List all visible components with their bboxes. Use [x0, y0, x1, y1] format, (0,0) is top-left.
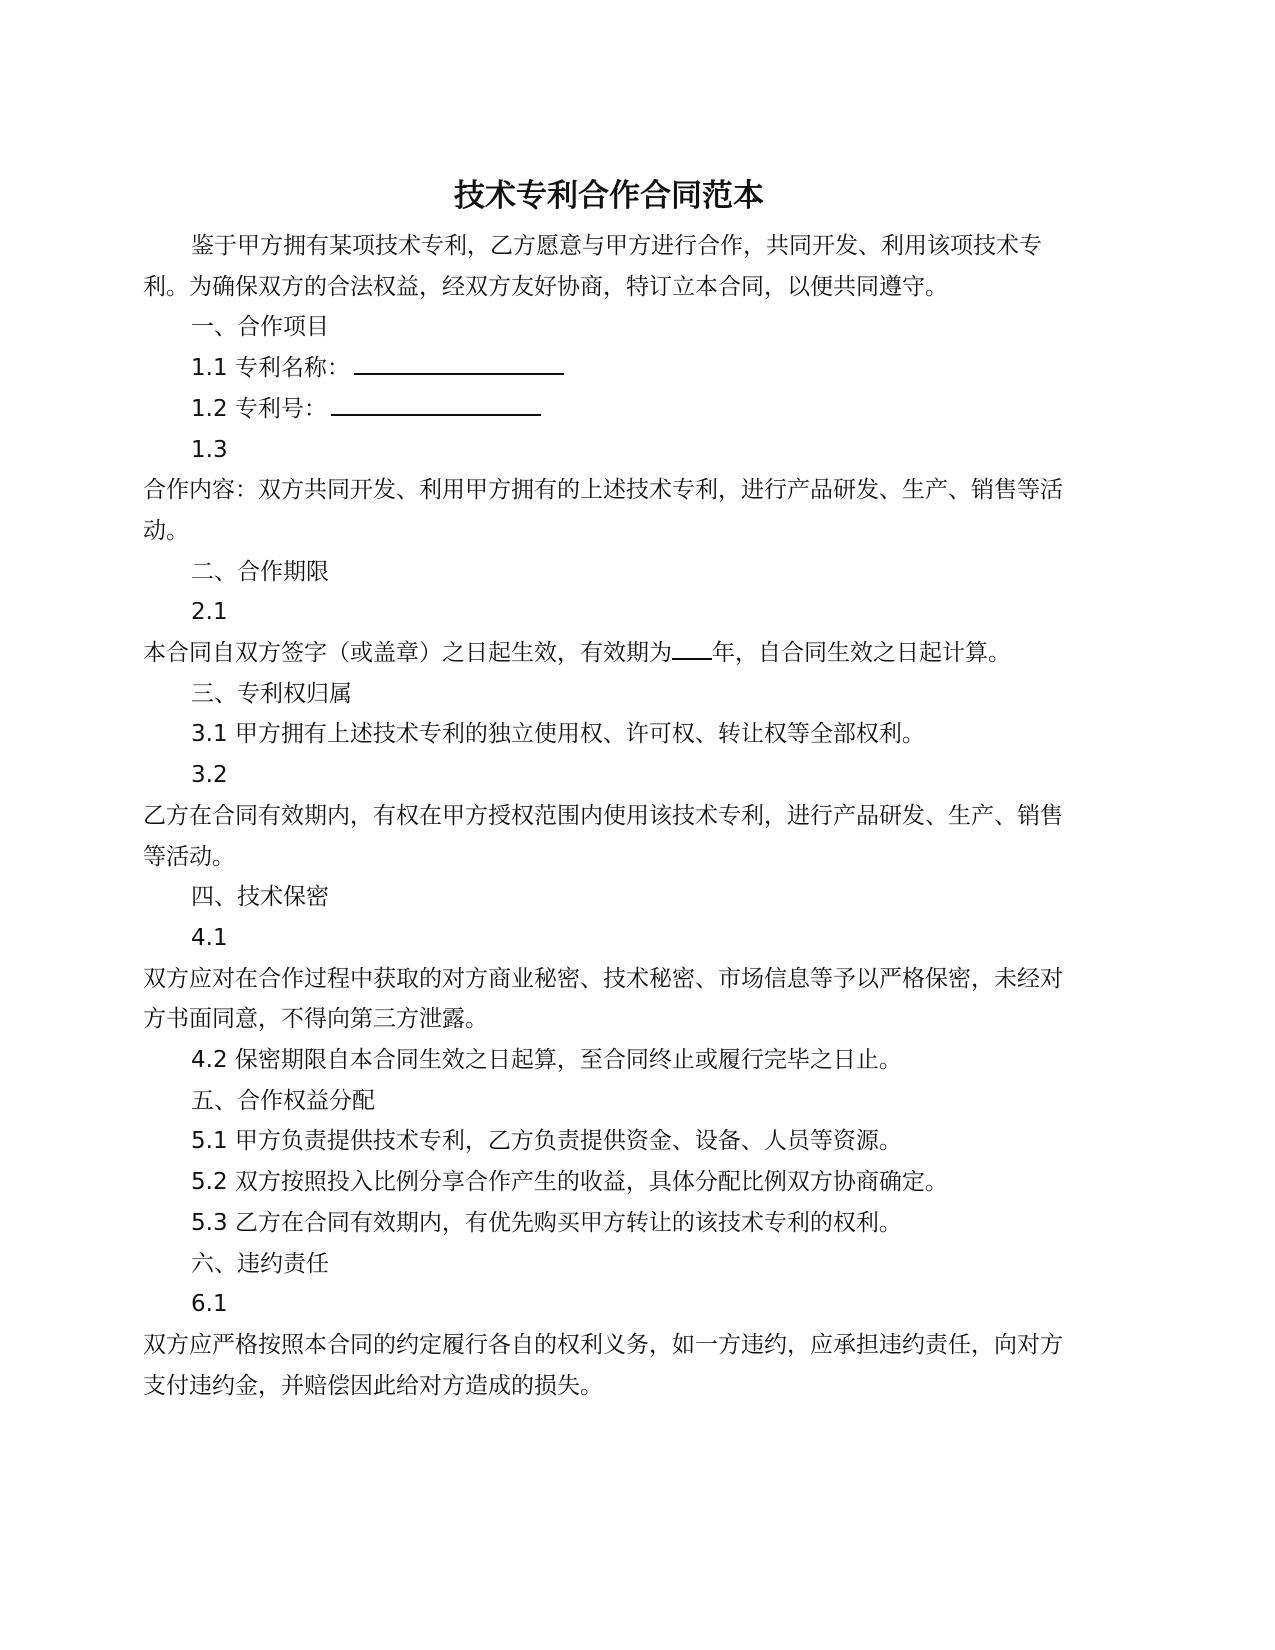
clause-number-1-3: 1.3: [143, 430, 1075, 471]
clause-2-1-text: 本合同自双方签字（或盖章）之日起生效，有效期为年，自合同生效之日起计算。: [143, 633, 1075, 674]
clause-3-2-text: 乙方在合同有效期内，有权在甲方授权范围内使用该技术专利，进行产品研发、生产、销售…: [143, 796, 1075, 877]
clause-number: 1.1: [191, 355, 228, 381]
clause-1-3-text: 合作内容：双方共同开发、利用甲方拥有的上述技术专利，进行产品研发、生产、销售等活…: [143, 470, 1075, 551]
clause-number: 5.2: [191, 1169, 228, 1195]
section-heading-5: 五、合作权益分配: [143, 1081, 1075, 1122]
clause-5-3: 5.3 乙方在合同有效期内，有优先购买甲方转让的该技术专利的权利。: [143, 1203, 1075, 1244]
clause-5-1: 5.1 甲方负责提供技术专利，乙方负责提供资金、设备、人员等资源。: [143, 1121, 1075, 1162]
preamble-paragraph: 鉴于甲方拥有某项技术专利，乙方愿意与甲方进行合作，共同开发、利用该项技术专利。为…: [143, 226, 1075, 307]
clause-number: 4.2: [191, 1047, 228, 1073]
clause-text: 双方按照投入比例分享合作产生的收益，具体分配比例双方协商确定。: [235, 1169, 948, 1195]
clause-text: 甲方负责提供技术专利，乙方负责提供资金、设备、人员等资源。: [235, 1128, 902, 1154]
clause-6-1-text: 双方应严格按照本合同的约定履行各自的权利义务，如一方违约，应承担违约责任，向对方…: [143, 1325, 1075, 1406]
clause-label: 专利号：: [235, 396, 327, 422]
section-heading-4: 四、技术保密: [143, 877, 1075, 918]
contract-page: 技术专利合作合同范本 鉴于甲方拥有某项技术专利，乙方愿意与甲方进行合作，共同开发…: [143, 170, 1075, 1406]
clause-text: 乙方在合同有效期内，有优先购买甲方转让的该技术专利的权利。: [235, 1210, 902, 1236]
patent-name-blank-field[interactable]: [354, 351, 564, 375]
section-heading-6: 六、违约责任: [143, 1244, 1075, 1285]
document-title: 技术专利合作合同范本: [143, 170, 1075, 222]
clause-number: 5.1: [191, 1128, 228, 1154]
clause-3-1: 3.1 甲方拥有上述技术专利的独立使用权、许可权、转让权等全部权利。: [143, 714, 1075, 755]
section-heading-2: 二、合作期限: [143, 552, 1075, 593]
clause-text: 保密期限自本合同生效之日起算，至合同终止或履行完毕之日止。: [235, 1047, 902, 1073]
clause-text: 甲方拥有上述技术专利的独立使用权、许可权、转让权等全部权利。: [235, 721, 925, 747]
term-years-blank-field[interactable]: [672, 636, 712, 660]
clause-4-1-text: 双方应对在合作过程中获取的对方商业秘密、技术秘密、市场信息等予以严格保密，未经对…: [143, 959, 1075, 1040]
clause-4-2: 4.2 保密期限自本合同生效之日起算，至合同终止或履行完毕之日止。: [143, 1040, 1075, 1081]
clause-5-2: 5.2 双方按照投入比例分享合作产生的收益，具体分配比例双方协商确定。: [143, 1162, 1075, 1203]
clause-number-3-2: 3.2: [143, 755, 1075, 796]
clause-number: 5.3: [191, 1210, 228, 1236]
section-heading-3: 三、专利权归属: [143, 674, 1075, 715]
clause-number: 1.2: [191, 396, 228, 422]
clause-1-1: 1.1 专利名称：: [143, 348, 1075, 389]
clause-1-2: 1.2 专利号：: [143, 389, 1075, 430]
clause-text-after: 年，自合同生效之日起计算。: [712, 640, 1011, 666]
section-heading-1: 一、合作项目: [143, 307, 1075, 348]
clause-number-6-1: 6.1: [143, 1284, 1075, 1325]
clause-number: 3.1: [191, 721, 228, 747]
patent-number-blank-field[interactable]: [331, 392, 541, 416]
clause-text-before: 本合同自双方签字（或盖章）之日起生效，有效期为: [143, 640, 672, 666]
clause-number-4-1: 4.1: [143, 918, 1075, 959]
clause-number-2-1: 2.1: [143, 592, 1075, 633]
clause-label: 专利名称：: [235, 355, 350, 381]
